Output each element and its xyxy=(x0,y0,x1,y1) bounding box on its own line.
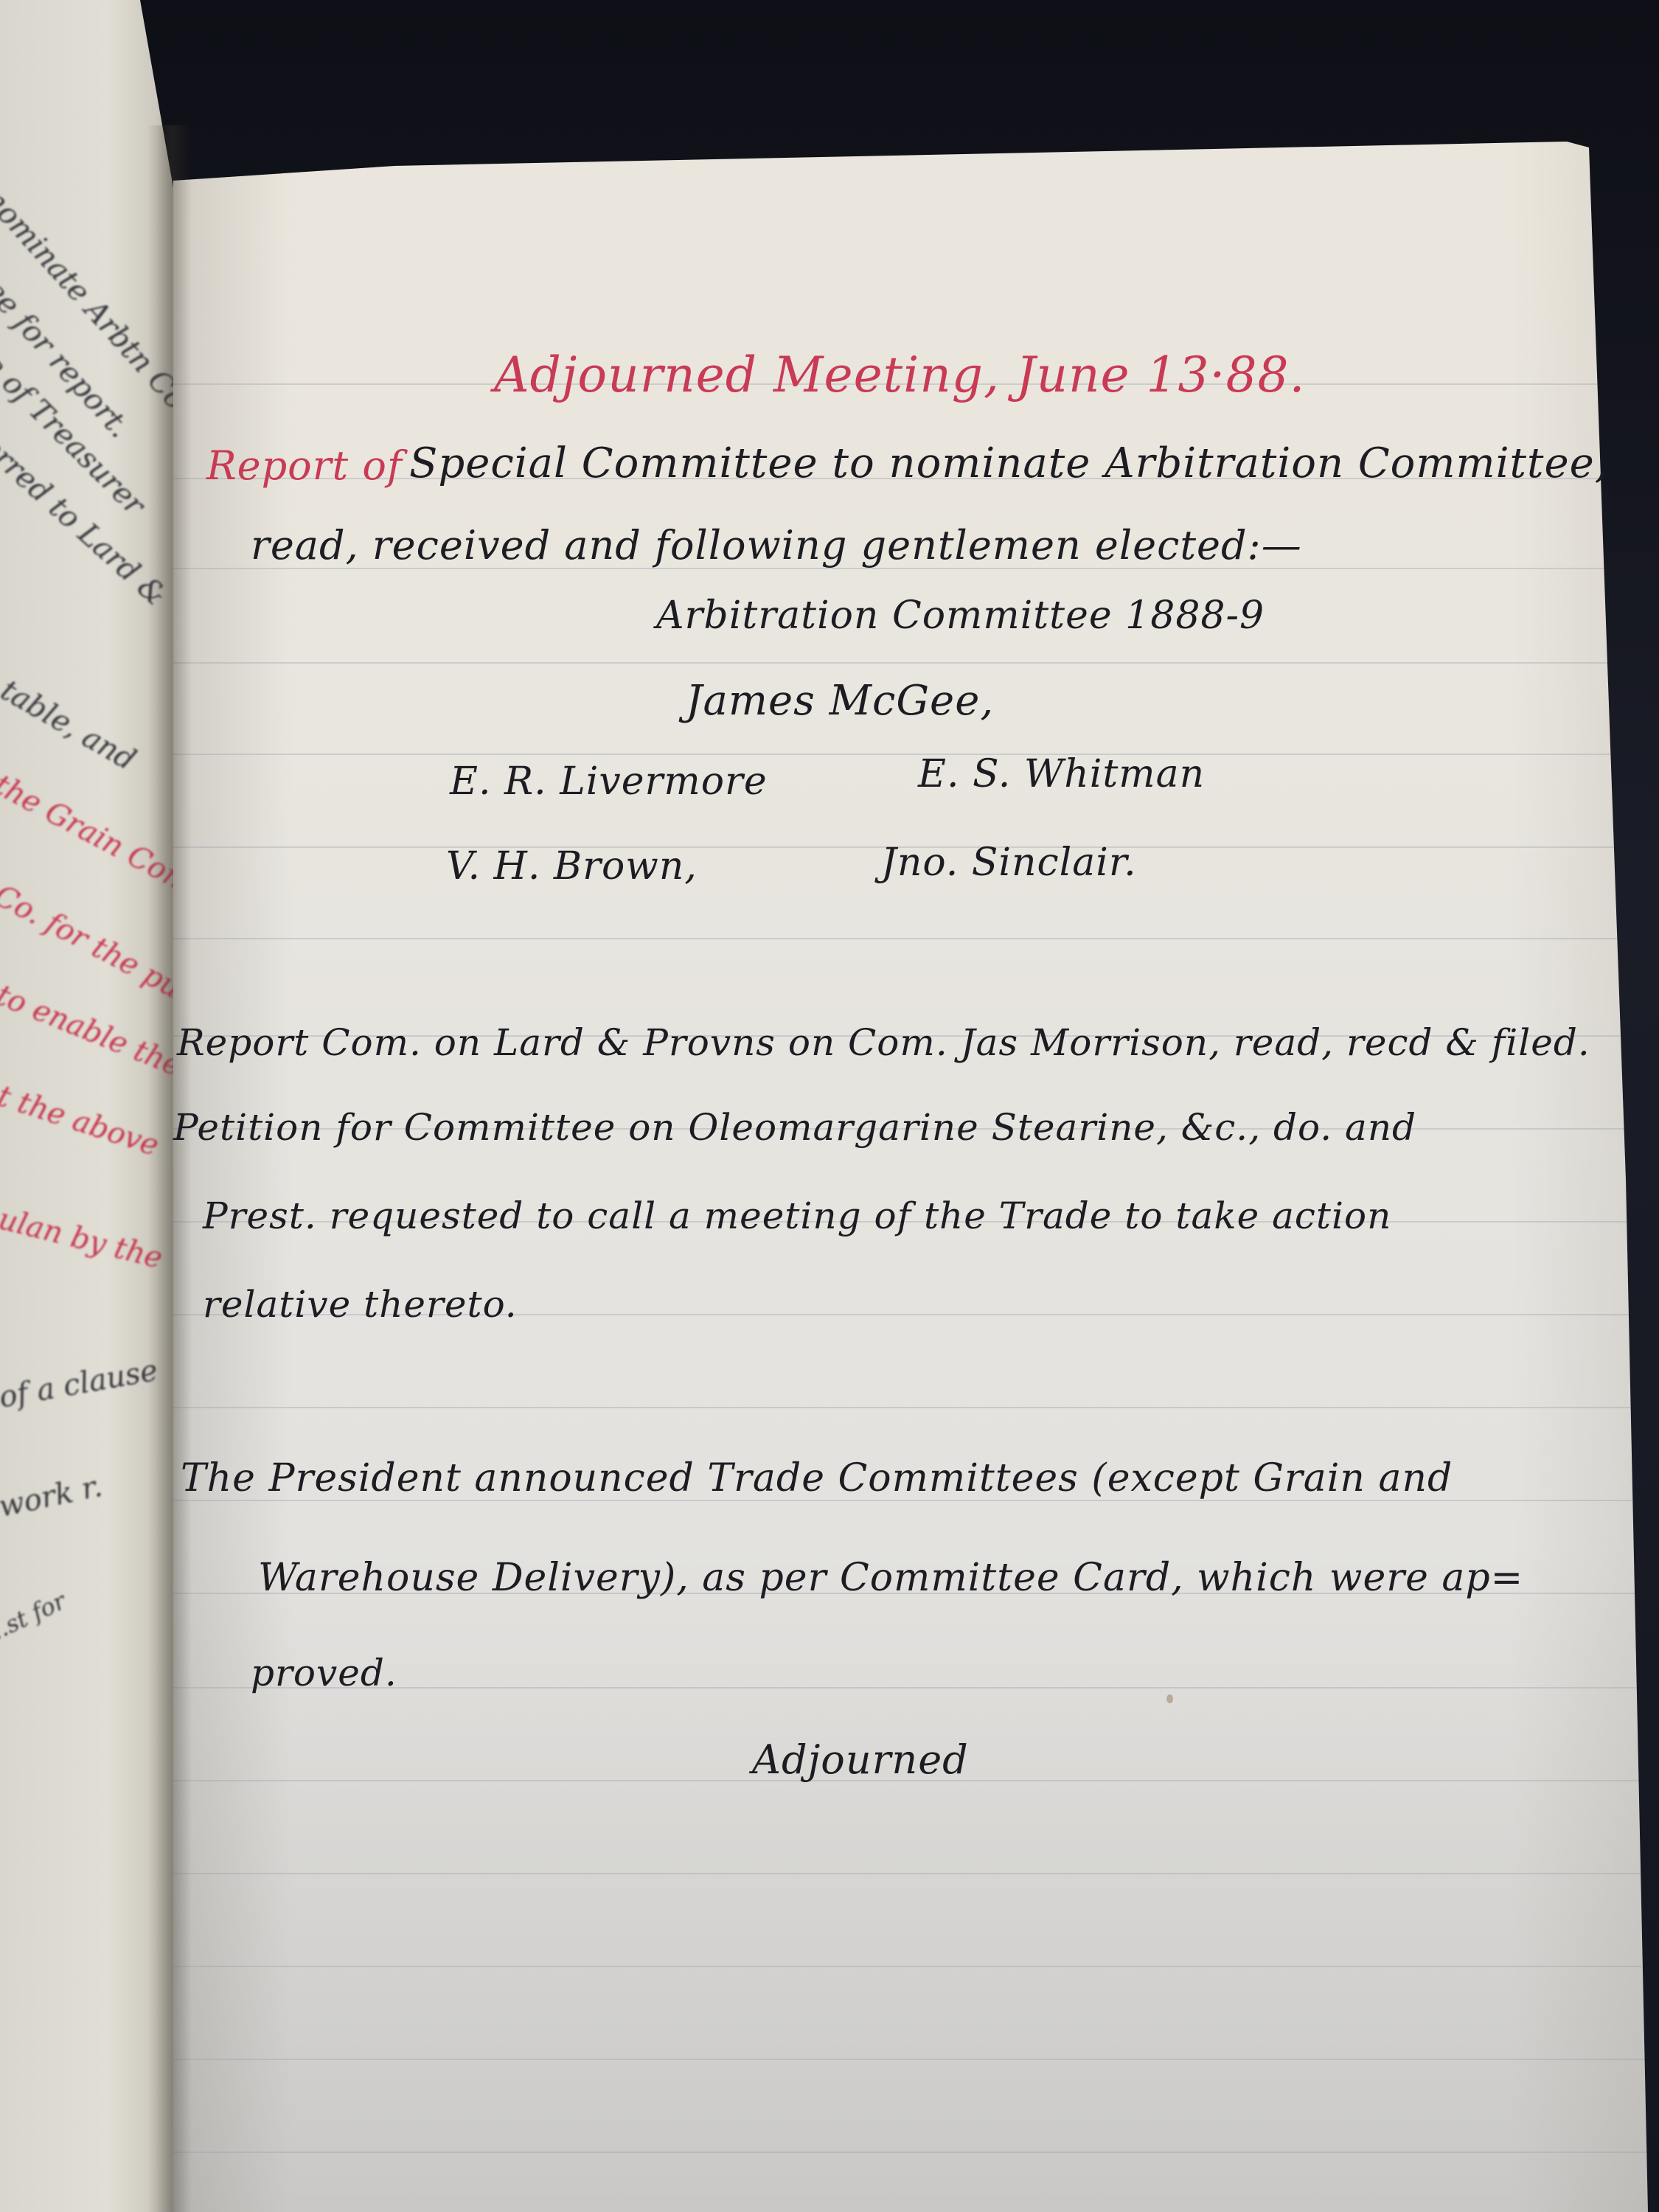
ruled-line xyxy=(173,1966,1648,1967)
entry-line: Warehouse Delivery), as per Committee Ca… xyxy=(258,1556,1523,1600)
committee-member: E. R. Livermore xyxy=(450,759,768,804)
ruled-line xyxy=(173,938,1648,939)
facing-page-fragment: …st for xyxy=(0,1587,70,1649)
closing-adjourned: Adjourned xyxy=(752,1736,969,1783)
committee-member: Jno. Sinclair. xyxy=(881,841,1137,885)
ruled-line xyxy=(173,2152,1648,2153)
ink-blot xyxy=(1166,1694,1173,1703)
entry-line: Prest. requested to call a meeting of th… xyxy=(203,1194,1391,1237)
ruled-line xyxy=(173,662,1648,664)
committee-heading: Arbitration Committee 1888-9 xyxy=(656,594,1265,638)
facing-page-fragment: …work r. xyxy=(0,1470,105,1531)
ruled-line xyxy=(173,754,1648,755)
entry-line: Petition for Committee on Oleomargarine … xyxy=(173,1106,1416,1149)
book-gutter-shadow xyxy=(147,125,192,2212)
entry-line: proved. xyxy=(251,1652,397,1694)
facing-page-fragment: …ulan by the xyxy=(0,1195,166,1276)
committee-member: E. S. Whitman xyxy=(918,752,1205,796)
margin-label: Report of xyxy=(206,442,403,489)
ruled-line xyxy=(173,1407,1648,1408)
facing-page-fragment: …table, and xyxy=(0,658,142,777)
ruled-line xyxy=(173,2059,1648,2060)
entry-line: read, received and following gentlemen e… xyxy=(251,522,1302,568)
facing-page-fragment: …t the above xyxy=(0,1070,163,1163)
entry-line: Special Committee to nominate Arbitratio… xyxy=(409,439,1609,487)
ruled-line xyxy=(173,1873,1648,1874)
committee-member: James McGee, xyxy=(686,677,994,725)
entry-line: The President announced Trade Committees… xyxy=(181,1456,1453,1500)
entry-line: Report Com. on Lard & Provns on Com. Jas… xyxy=(177,1021,1590,1064)
entry-line: relative thereto. xyxy=(203,1283,518,1326)
facing-page-fragment: …of a clause xyxy=(0,1354,160,1420)
meeting-heading: Adjourned Meeting, June 13·88. xyxy=(494,347,1305,403)
committee-member: V. H. Brown, xyxy=(446,844,698,888)
